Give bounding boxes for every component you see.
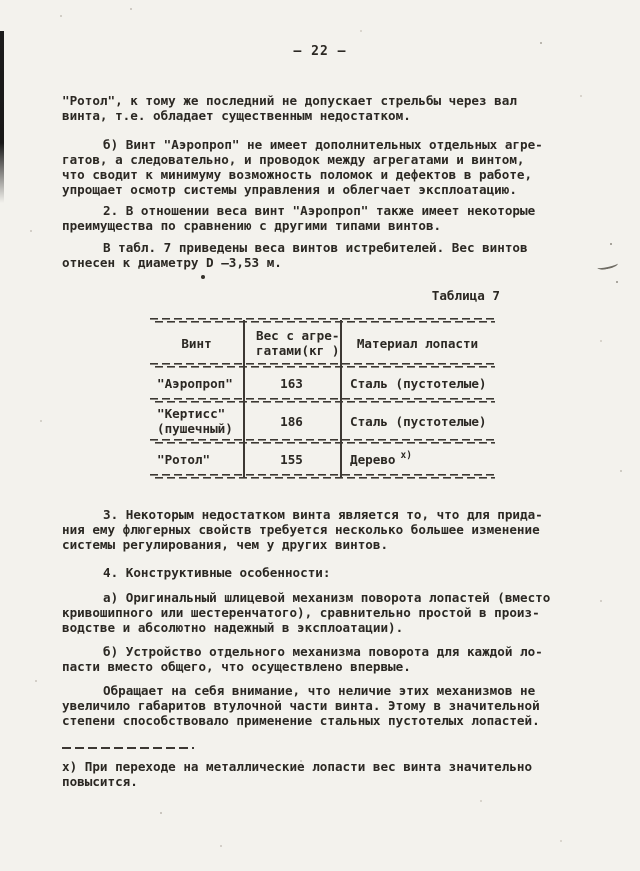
table-horizontal-rule	[150, 474, 495, 479]
table-caption: Таблица 7	[62, 288, 582, 303]
table-row-aeroprop: "Аэропроп" 163 Сталь (пустотелые)	[150, 368, 495, 398]
page-number: – 22 –	[0, 44, 640, 59]
cell-material: Сталь (пустотелые)	[340, 403, 495, 439]
cell-material: Сталь (пустотелые)	[340, 368, 495, 398]
pen-mark-artifact	[597, 260, 619, 271]
propeller-weights-table: Винт Вес с агре- гатами(кг ) Материал ло…	[150, 318, 495, 479]
cell-material: Деревоx)	[340, 444, 495, 474]
paragraph-b-separate-mechanism: б) Устройство отдельного механизма повор…	[62, 644, 582, 674]
paragraph-b-aeroprop: б) Винт "Аэропроп" не имеет дополнительн…	[62, 137, 582, 197]
table-header-row: Винт Вес с агре- гатами(кг ) Материал ло…	[150, 323, 495, 363]
cell-weight: 186	[243, 403, 340, 439]
footnote-marker: x)	[401, 448, 412, 463]
material-text: Дерево	[350, 452, 396, 467]
cell-weight: 155	[243, 444, 340, 474]
footnote-text: x) При переходе на металлические лопасти…	[62, 759, 582, 789]
table-vertical-rule	[340, 320, 342, 477]
paragraph-table-intro: В табл. 7 приведены веса винтов истребит…	[62, 240, 582, 270]
paragraph-a-spline-mechanism: а) Оригинальный шлицевой механизм поворо…	[62, 590, 582, 635]
footnote-separator-rule	[62, 747, 194, 750]
cell-vint: "Аэропроп"	[150, 368, 243, 398]
paragraph-3-drawback: 3. Некоторым недостатком винта является …	[62, 507, 582, 552]
scanned-document-page: – 22 – "Ротол", к тому же последний не д…	[0, 0, 640, 871]
page-content: "Ротол", к тому же последний не допускае…	[62, 93, 582, 789]
column-header-material: Материал лопасти	[340, 323, 495, 363]
table-row-rotol: "Ротол" 155 Деревоx)	[150, 444, 495, 474]
table-row-curtiss: "Кертисс" (пушечный) 186 Сталь (пустотел…	[150, 403, 495, 439]
paragraph-4-design-features: 4. Конструктивные особенности:	[62, 565, 582, 580]
table-vertical-rule	[243, 320, 245, 477]
cell-weight: 163	[243, 368, 340, 398]
column-header-weight: Вес с агре- гатами(кг )	[243, 323, 340, 363]
paragraph-rotol-drawback: "Ротол", к тому же последний не допускае…	[62, 93, 582, 123]
paragraph-2-weight: 2. В отношении веса винт "Аэропроп" такж…	[62, 203, 582, 233]
cell-vint: "Ротол"	[150, 444, 243, 474]
column-header-vint: Винт	[150, 323, 243, 363]
paragraph-hub-dimensions: Обращает на себя внимание, что неличие э…	[62, 683, 582, 728]
cell-vint: "Кертисс" (пушечный)	[150, 403, 243, 439]
